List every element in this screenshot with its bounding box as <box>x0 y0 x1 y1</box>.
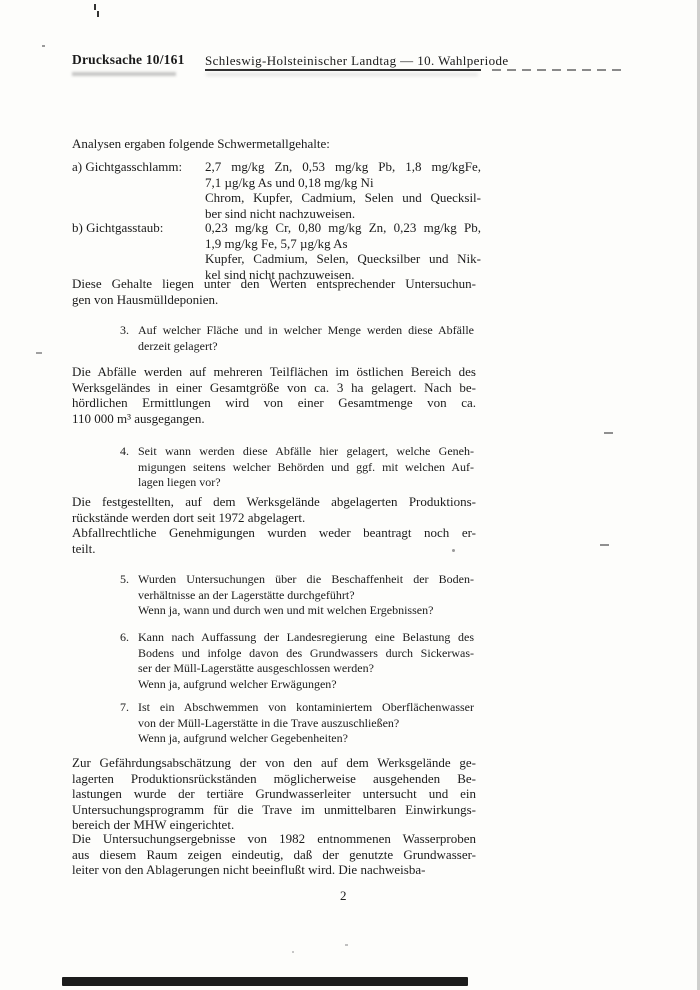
analysis-item-label: a) Gichtgasschlamm: <box>72 159 182 175</box>
question-7: 7. Ist ein Abschwemmen von kontaminierte… <box>120 700 476 747</box>
text-line: rückstände werden dort seit 1972 abgelag… <box>72 510 476 526</box>
paragraph-gefaehrdung: Zur Gefährdungsabschätzung der von den a… <box>72 755 476 833</box>
text-line: Diese Gehalte liegen unter den Werten en… <box>72 276 476 292</box>
question-5: 5. Wurden Untersuchungen über die Bescha… <box>120 572 476 619</box>
text-line: Seit wann werden diese Abfälle hier gela… <box>138 444 474 460</box>
text-line: Die Abfälle werden auf mehreren Teilfläc… <box>72 364 476 380</box>
text-line: leiter von den Ablagerungen nicht beeinf… <box>72 862 476 878</box>
text-line: 2,7 mg/kg Zn, 0,53 mg/kg Pb, 1,8 mg/kgFe… <box>205 159 481 175</box>
text-line: migungen seitens welcher Behörden und gg… <box>138 460 474 476</box>
text-line: lagerten Produktionsrückständen mögliche… <box>72 771 476 787</box>
scan-artifact <box>452 549 455 552</box>
scan-artifact <box>345 944 348 946</box>
scan-artifact <box>292 951 294 953</box>
text-line: Kupfer, Cadmium, Selen, Quecksilber und … <box>205 251 481 267</box>
text-line: Die Untersuchungsergebnisse von 1982 ent… <box>72 831 476 847</box>
text-line: Wenn ja, wann und durch wen und mit welc… <box>138 603 474 619</box>
text-line: derzeit gelagert? <box>138 339 474 355</box>
text-line: 7,1 µg/kg As und 0,18 mg/kg Ni <box>205 175 481 191</box>
text-line: Die festgestellten, auf dem Werksgelände… <box>72 494 476 510</box>
scan-artifact <box>94 4 96 10</box>
header-doc-number: Drucksache 10/161 <box>72 52 185 68</box>
intro-line: Analysen ergaben folgende Schwermetallge… <box>72 136 476 152</box>
analysis-item-values: 2,7 mg/kg Zn, 0,53 mg/kg Pb, 1,8 mg/kgFe… <box>205 159 481 221</box>
analysis-item-values: 0,23 mg/kg Cr, 0,80 mg/kg Zn, 0,23 mg/kg… <box>205 220 481 282</box>
text-line: 1,9 mg/kg Fe, 5,7 µg/kg As <box>205 236 481 252</box>
text-line: Abfallrechtliche Genehmigungen wurden we… <box>72 525 476 541</box>
scan-artifact <box>97 11 99 17</box>
question-text: Wurden Untersuchungen über die Beschaffe… <box>138 572 474 619</box>
question-text: Kann nach Auffassung der Landesregierung… <box>138 630 474 692</box>
question-number: 7. <box>120 700 129 716</box>
paragraph-gehalte: Diese Gehalte liegen unter den Werten en… <box>72 276 476 307</box>
text-line: verhältnisse an der Lagerstätte durchgef… <box>138 588 474 604</box>
header-rule <box>205 69 481 71</box>
analysis-item-label: b) Gichtgasstaub: <box>72 220 163 236</box>
page-number: 2 <box>340 888 347 904</box>
question-6: 6. Kann nach Auffassung der Landesregier… <box>120 630 476 692</box>
text-line: gen von Hausmülldeponien. <box>72 292 476 308</box>
text-line: 0,23 mg/kg Cr, 0,80 mg/kg Zn, 0,23 mg/kg… <box>205 220 481 236</box>
scan-artifact <box>206 73 478 76</box>
text-line: Bodens und infolge davon des Grundwasser… <box>138 646 474 662</box>
bottom-scan-bar <box>62 977 468 986</box>
text-line: Untersuchungsprogramm für die Trave im u… <box>72 802 476 818</box>
text-line: Werksgeländes in einer Gesamtgröße von c… <box>72 380 476 396</box>
text-line: von der Müll-Lagerstätte in die Trave au… <box>138 716 474 732</box>
analysis-item-a: a) Gichtgasschlamm: 2,7 mg/kg Zn, 0,53 m… <box>72 159 481 221</box>
text-line: Wenn ja, aufgrund welcher Erwägungen? <box>138 677 474 693</box>
question-number: 3. <box>120 323 129 339</box>
text-line: Ist ein Abschwemmen von kontaminiertem O… <box>138 700 474 716</box>
header-rule-dashes <box>492 69 624 71</box>
scan-artifact <box>600 544 609 546</box>
question-text: Auf welcher Fläche und in welcher Menge … <box>138 323 474 354</box>
text-line: aus diesem Raum zeigen eindeutig, daß de… <box>72 847 476 863</box>
text-line: hördlichen Ermittlungen wird von einer G… <box>72 395 476 411</box>
question-number: 4. <box>120 444 129 460</box>
paragraph-seit-1972: Die festgestellten, auf dem Werksgelände… <box>72 494 476 556</box>
scan-artifact <box>36 352 42 354</box>
scan-artifact <box>604 432 613 434</box>
paragraph-untersuchung: Die Untersuchungsergebnisse von 1982 ent… <box>72 831 476 878</box>
text-line: ser der Müll-Lagerstätte ausgeschlossen … <box>138 661 474 677</box>
analysis-item-b: b) Gichtgasstaub: 0,23 mg/kg Cr, 0,80 mg… <box>72 220 481 282</box>
question-text: Seit wann werden diese Abfälle hier gela… <box>138 444 474 491</box>
scan-artifact <box>42 45 45 47</box>
text-line: Wenn ja, aufgrund welcher Gegebenheiten? <box>138 731 474 747</box>
question-number: 6. <box>120 630 129 646</box>
text-line: 110 000 m³ ausgegangen. <box>72 411 476 427</box>
document-page: Drucksache 10/161 Schleswig-Holsteinisch… <box>0 0 700 990</box>
question-number: 5. <box>120 572 129 588</box>
question-text: Ist ein Abschwemmen von kontaminiertem O… <box>138 700 474 747</box>
scan-artifact <box>72 72 176 76</box>
text-line: Kann nach Auffassung der Landesregierung… <box>138 630 474 646</box>
text-line: Auf welcher Fläche und in welcher Menge … <box>138 323 474 339</box>
text-line: ber sind nicht nachzuweisen. <box>205 206 481 222</box>
header-title: Schleswig-Holsteinischer Landtag — 10. W… <box>205 53 509 69</box>
text-line: lastungen wurde der tertiäre Grundwasser… <box>72 786 476 802</box>
question-4: 4. Seit wann werden diese Abfälle hier g… <box>120 444 476 491</box>
text-line: Zur Gefährdungsabschätzung der von den a… <box>72 755 476 771</box>
paragraph-flaeche: Die Abfälle werden auf mehreren Teilfläc… <box>72 364 476 426</box>
text-line: teilt. <box>72 541 476 557</box>
question-3: 3. Auf welcher Fläche und in welcher Men… <box>120 323 476 354</box>
text-line: Chrom, Kupfer, Cadmium, Selen und Quecks… <box>205 190 481 206</box>
text-line: lagen liegen vor? <box>138 475 474 491</box>
text-line: Wurden Untersuchungen über die Beschaffe… <box>138 572 474 588</box>
